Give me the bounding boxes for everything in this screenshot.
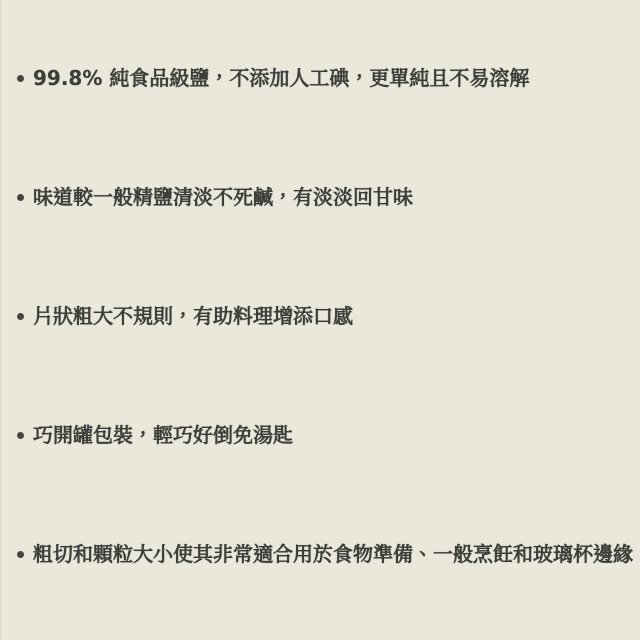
bullet-icon [17,194,24,201]
bullet-item-text: 粗切和顆粒大小使其非常適合用於食物準備、一般烹飪和玻璃杯邊緣 [33,542,633,566]
bullet-icon [17,432,24,439]
bullet-item-text: 99.8% 純食品級鹽，不添加人工碘，更單純且不易溶解 [33,66,529,90]
product-feature-slide: 99.8% 純食品級鹽，不添加人工碘，更單純且不易溶解 味道較一般精鹽清淡不死鹹… [0,0,640,640]
list-item: 99.8% 純食品級鹽，不添加人工碘，更單純且不易溶解 [17,66,626,90]
list-item: 巧開罐包裝，輕巧好倒免湯匙 [17,423,626,447]
list-item: 味道較一般精鹽清淡不死鹹，有淡淡回甘味 [17,185,626,209]
bullet-item-text: 巧開罐包裝，輕巧好倒免湯匙 [33,423,293,447]
bullet-icon [17,313,24,320]
bullet-item-text: 片狀粗大不規則，有助料理增添口感 [33,304,353,328]
list-item: 片狀粗大不規則，有助料理增添口感 [17,304,626,328]
list-item: 粗切和顆粒大小使其非常適合用於食物準備、一般烹飪和玻璃杯邊緣 [17,542,626,566]
bullet-icon [17,551,24,558]
bullet-icon [17,75,24,82]
bullet-item-text: 味道較一般精鹽清淡不死鹹，有淡淡回甘味 [33,185,413,209]
